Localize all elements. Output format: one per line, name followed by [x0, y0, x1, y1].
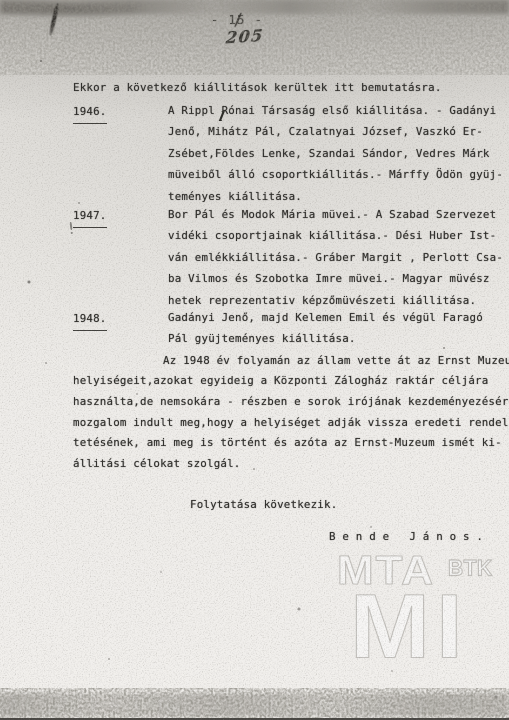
text-line: Pál gyüjteményes kiállitása.: [168, 328, 509, 350]
entry-1947-body: Bor Pál és Modok Mária müvei.- A Szabad …: [168, 204, 509, 312]
text-line: müveiből álló csoportkiállitás.- Márffy …: [168, 164, 509, 186]
year-label-1946: 1946.: [73, 101, 107, 124]
handwritten-page-number: 205: [225, 26, 265, 48]
text-line: állitási célokat szolgál.: [73, 454, 509, 475]
watermark-btk: BTK: [448, 556, 493, 581]
entry-1948-body: Gadányi Jenő, majd Kelemen Emil és végül…: [168, 307, 509, 350]
text-line: ba Vilmos és Szobotka Imre müvei.- Magya…: [168, 268, 509, 290]
entry-1946: 1946. A Rippl Rónai Társaság első kiálli…: [73, 100, 509, 124]
text-line: helyiségeit,azokat egyideig a Központi Z…: [73, 371, 509, 392]
signature: B e n d e J á n o s .: [329, 526, 483, 548]
text-line: használta,de nemsokára - részben e sorok…: [73, 392, 509, 413]
text-line: vidéki csoportjainak kiállitása.- Dési H…: [168, 225, 509, 247]
continuation-note: Folytatása következik.: [190, 494, 337, 516]
year-label-1947: 1947.: [73, 205, 107, 228]
closing-paragraph-first-line: Az 1948 év folyamán az állam vette át az…: [163, 350, 509, 372]
entry-1948: 1948. Gadányi Jenő, majd Kelemen Emil és…: [73, 307, 509, 331]
scan-top-left-smudge: [0, 2, 175, 17]
stray-ink-mark: [70, 222, 73, 230]
text-line: mozgalom indult meg,hogy a helyiséget ad…: [73, 413, 509, 434]
watermark-mta: MTA: [337, 548, 435, 594]
scan-bottom-smudge: [0, 694, 509, 716]
text-line: ván emlékkiállitása.- Gráber Margit , Pe…: [168, 247, 509, 269]
year-label-1948: 1948.: [73, 308, 107, 331]
text-line: tetésének, ami meg is történt és azóta a…: [73, 433, 509, 454]
text-line: Bor Pál és Modok Mária müvei.- A Szabad …: [168, 204, 509, 226]
closing-paragraph: helyiségeit,azokat egyideig a Központi Z…: [73, 371, 509, 475]
scanned-document-page: - 15 - 205 Ekkor a következő kiállitások…: [0, 0, 509, 720]
text-line: Gadányi Jenő, majd Kelemen Emil és végül…: [168, 307, 509, 329]
watermark-mi: MI: [350, 575, 469, 680]
text-line: Zsébet,Földes Lenke, Szandai Sándor, Ved…: [168, 143, 509, 165]
entry-1947: 1947. Bor Pál és Modok Mária müvei.- A S…: [73, 204, 509, 228]
intro-line: Ekkor a következő kiállitások kerültek i…: [73, 77, 442, 99]
scan-specks: [40, 60, 42, 62]
